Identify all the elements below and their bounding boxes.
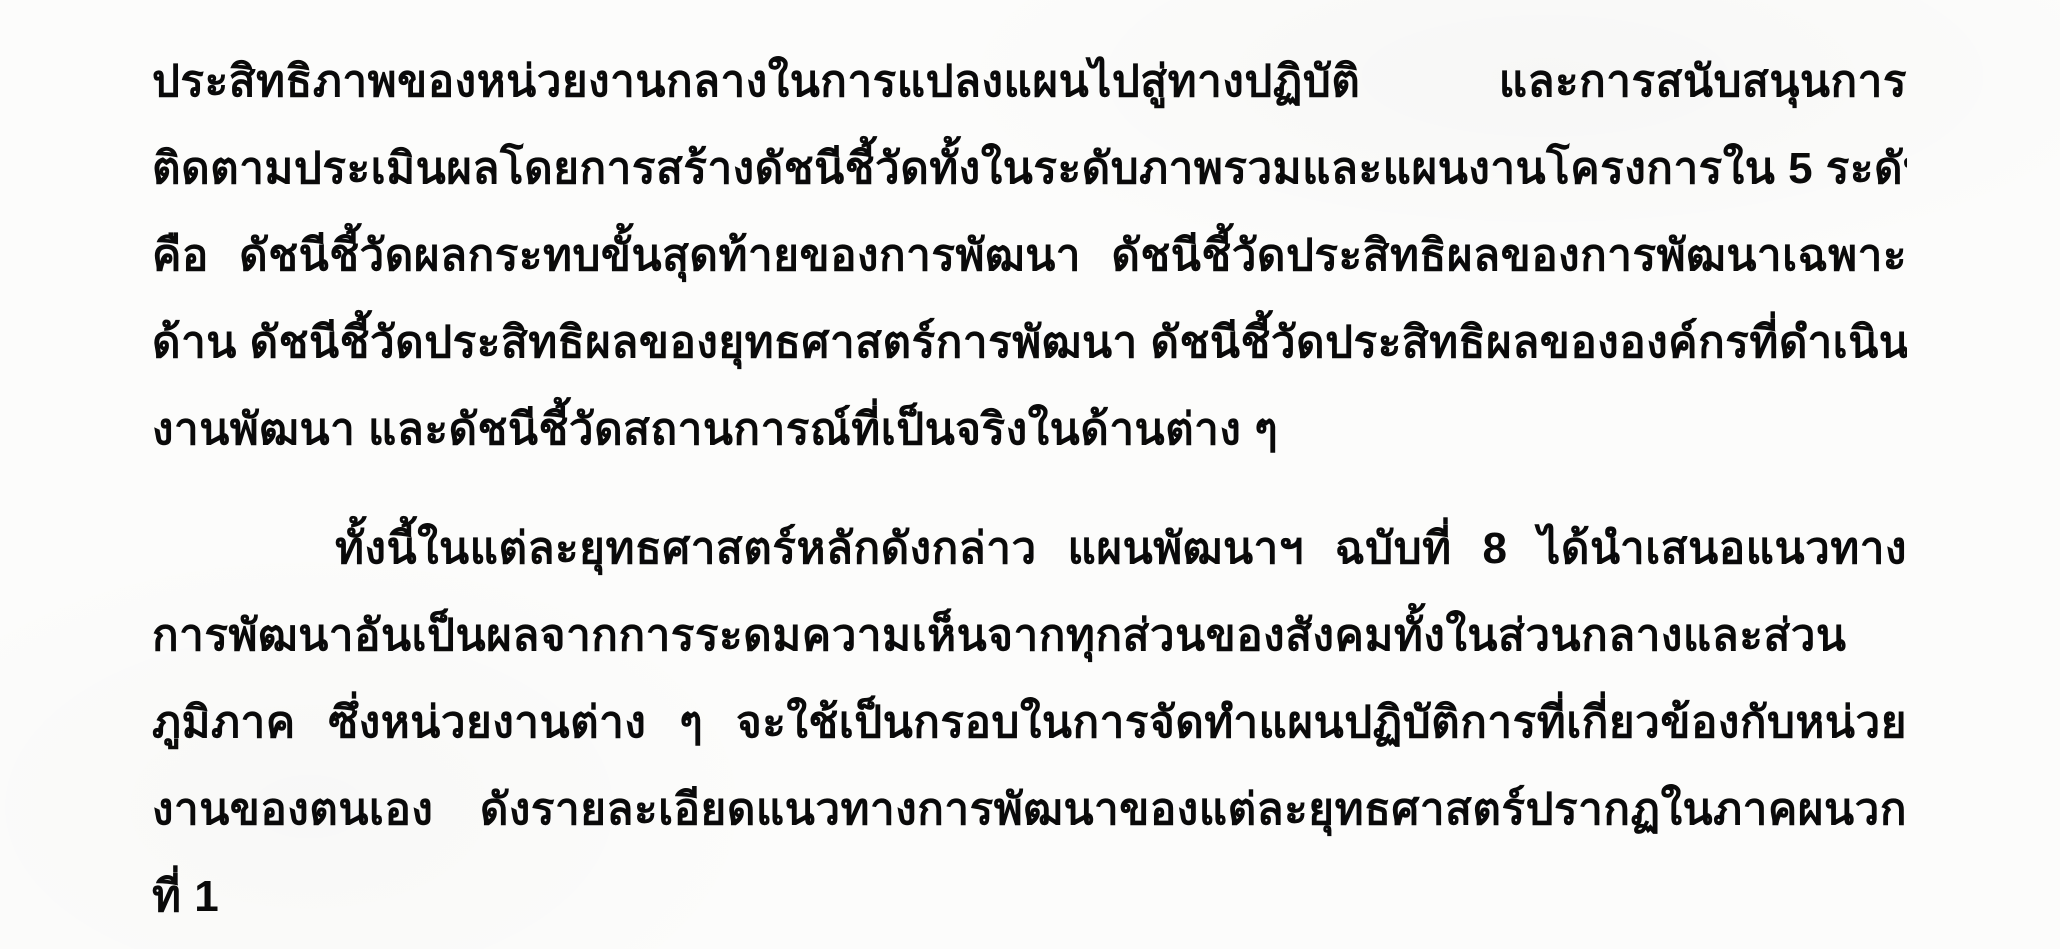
p1-line-5: งานพัฒนา และดัชนีชี้วัดสถานการณ์ที่เป็นจ…: [152, 386, 1907, 473]
p2-line-2: การพัฒนาอันเป็นผลจากการระดมความเห็นจากทุ…: [152, 592, 1907, 679]
paragraph-2: ทั้งนี้ในแต่ละยุทธศาสตร์หลักดังกล่าว แผน…: [152, 505, 1907, 940]
p1-line-2: ติดตามประเมินผลโดยการสร้างดัชนีชี้วัดทั้…: [152, 125, 1907, 212]
p1-line-1-right: และการสนับสนุนการ: [1499, 38, 1907, 125]
text-block: ประสิทธิภาพของหน่วยงานกลางในการแปลงแผนไป…: [152, 0, 1907, 940]
p2-line-5: ที่ 1: [152, 853, 1907, 940]
p1-line-1: ประสิทธิภาพของหน่วยงานกลางในการแปลงแผนไป…: [152, 38, 1907, 125]
p2-line-4-right: ดังรายละเอียดแนวทางการพัฒนาของแต่ละยุทธศ…: [480, 766, 1907, 853]
p2-line-4-left: งานของตนเอง: [152, 766, 433, 853]
p2-line-4: งานของตนเอง ดังรายละเอียดแนวทางการพัฒนาข…: [152, 766, 1907, 853]
scanned-page: ประสิทธิภาพของหน่วยงานกลางในการแปลงแผนไป…: [0, 0, 2060, 949]
p1-line-3: คือ ดัชนีชี้วัดผลกระทบขั้นสุดท้ายของการพ…: [152, 212, 1907, 299]
p2-line-3: ภูมิภาค ซึ่งหน่วยงานต่าง ๆ จะใช้เป็นกรอบ…: [152, 679, 1907, 766]
p2-line-1: ทั้งนี้ในแต่ละยุทธศาสตร์หลักดังกล่าว แผน…: [152, 505, 1907, 592]
p1-line-4: ด้าน ดัชนีชี้วัดประสิทธิผลของยุทธศาสตร์ก…: [152, 299, 1907, 386]
paragraph-1: ประสิทธิภาพของหน่วยงานกลางในการแปลงแผนไป…: [152, 38, 1907, 473]
p1-line-1-left: ประสิทธิภาพของหน่วยงานกลางในการแปลงแผนไป…: [152, 38, 1360, 125]
